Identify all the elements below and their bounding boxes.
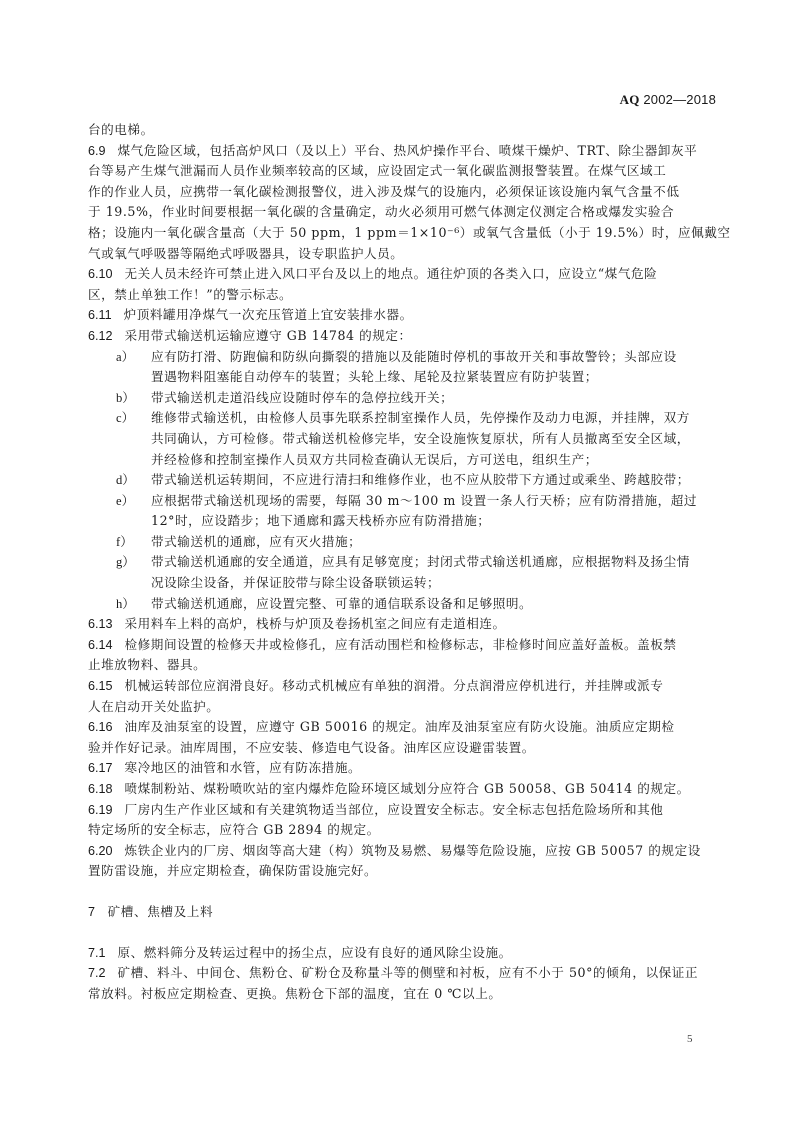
list-item-label: f）: [116, 532, 151, 553]
clause-text: 炉顶料罐用净煤气一次充压管道上宜安装排水器。: [124, 307, 413, 322]
list-item-text: 应有防打滑、防跑偏和防纵向撕裂的措施以及能随时停机的事故开关和事故警铃；头部应设: [151, 349, 677, 364]
list-item-continuation: 况设除尘设备，并保证胶带与除尘设备联锁运转；: [88, 573, 713, 594]
paragraph-continuation: 验并作好记录。油库周围，不应安装、修造电气设备。油库区应设避雷装置。: [88, 738, 713, 759]
paragraph-continuation: 格；设施内一氧化碳含量高（大于 50 ppm，1 ppm＝1×10⁻⁶）或氧气含…: [88, 223, 713, 244]
clause-text: 矿槽、料斗、中间仓、焦粉仓、矿粉仓及称量斗等的侧壁和衬板，应有不小于 50°的倾…: [118, 965, 699, 980]
paragraph-continuation: 区，禁止单独工作！”的警示标志。: [88, 285, 713, 306]
clause-text: 机械运转部位应润滑良好。移动式机械应有单独的润滑。分点润滑应停机进行，并挂牌或派…: [125, 678, 664, 693]
clause-line: 6.17寒冷地区的油管和水管，应有防冻措施。: [88, 758, 713, 779]
document-header: AQ 2002—2018: [620, 92, 716, 108]
clause-line: 6.15机械运转部位应润滑良好。移动式机械应有单独的润滑。分点润滑应停机进行，并…: [88, 676, 713, 697]
clause-number: 6.9: [88, 144, 106, 158]
list-item-text: 带式输送机的通廊，应有灭火措施；: [151, 534, 361, 549]
clause-number: 6.10: [88, 267, 113, 281]
clause-line: 6.9煤气危险区域，包括高炉风口（及以上）平台、热风炉操作平台、喷煤干燥炉、TR…: [88, 141, 713, 162]
clause-number: 6.13: [88, 617, 113, 631]
paragraph-continuation: 台等易产生煤气泄漏而人员作业频率较高的区域，应设固定式一氧化碳监测报警装置。在煤…: [88, 161, 713, 182]
list-item-text: 带式输送机通廊，应设置完整、可靠的通信联系设备和足够照明。: [151, 596, 532, 611]
list-item-text: 维修带式输送机，由检修人员事先联系控制室操作人员，先停操作及动力电源，并挂牌，双…: [151, 410, 690, 425]
clause-number: 7.1: [88, 946, 106, 960]
clause-number: 6.16: [88, 720, 113, 734]
paragraph-continuation: 人在启动开关处监护。: [88, 697, 713, 718]
section-title: 矿槽、焦槽及上料: [108, 904, 214, 919]
paragraph-continuation: 常放料。衬板应定期检查、更换。焦粉仓下部的温度，宜在 0 ℃以上。: [88, 984, 713, 1005]
clause-text: 喷煤制粉站、煤粉喷吹站的室内爆炸危险环境区域划分应符合 GB 50058、GB …: [125, 781, 690, 796]
paragraph-continuation: 气或氧气呼吸器等隔绝式呼吸器具，设专职监护人员。: [88, 244, 713, 265]
clause-line: 6.16油库及油泵室的设置，应遵守 GB 50016 的规定。油库及油泵室应有防…: [88, 717, 713, 738]
clause-text: 炼铁企业内的厂房、烟囱等高大建（构）筑物及易燃、易爆等危险设施，应按 GB 50…: [125, 843, 701, 858]
clause-number: 6.20: [88, 844, 113, 858]
standard-code: AQ: [620, 92, 640, 107]
clause-text: 煤气危险区域，包括高炉风口（及以上）平台、热风炉操作平台、喷煤干燥炉、TRT、除…: [118, 143, 698, 158]
clause-number: 6.17: [88, 761, 113, 775]
section-heading: 7矿槽、焦槽及上料: [88, 902, 713, 923]
paragraph-continuation: 作的作业人员，应携带一氧化碳检测报警仪，进入涉及煤气的设施内，必须保证该设施内氧…: [88, 182, 713, 203]
list-item-label: a）: [116, 347, 151, 368]
list-item: a）应有防打滑、防跑偏和防纵向撕裂的措施以及能随时停机的事故开关和事故警铃；头部…: [88, 347, 713, 368]
list-item: e）应根据带式输送机现场的需要，每隔 30 m～100 m 设置一条人行天桥；应…: [88, 491, 713, 512]
clause-line: 6.12采用带式输送机运输应遵守 GB 14784 的规定：: [88, 326, 713, 347]
section-7-clauses: 7.1原、燃料筛分及转运过程中的扬尘点，应设有良好的通风除尘设施。7.2矿槽、料…: [88, 943, 713, 1005]
clause-text: 原、燃料筛分及转运过程中的扬尘点，应设有良好的通风除尘设施。: [118, 945, 512, 960]
clause-line: 7.1原、燃料筛分及转运过程中的扬尘点，应设有良好的通风除尘设施。: [88, 943, 713, 964]
clause-number: 6.12: [88, 329, 113, 343]
paragraph-continuation: 于 19.5%，作业时间要根据一氧化碳的含量确定，动火必须用可燃气体测定仪测定合…: [88, 202, 713, 223]
paragraph-continuation: 台的电梯。: [88, 120, 713, 141]
clause-text: 采用带式输送机运输应遵守 GB 14784 的规定：: [125, 328, 412, 343]
clause-line: 6.19厂房内生产作业区域和有关建筑物适当部位，应设置安全标志。安全标志包括危险…: [88, 800, 713, 821]
clause-line: 6.10无关人员未经许可禁止进入风口平台及以上的地点。通往炉顶的各类入口，应设立…: [88, 264, 713, 285]
list-item: h）带式输送机通廊，应设置完整、可靠的通信联系设备和足够照明。: [88, 594, 713, 615]
clause-number: 6.19: [88, 803, 113, 817]
list-item-text: 带式输送机运转期间，不应进行清扫和维修作业，也不应从胶带下方通过或乘坐、跨越胶带…: [151, 472, 690, 487]
clause-line: 6.14检修期间设置的检修天井或检修孔，应有活动围栏和检修标志，非检修时间应盖好…: [88, 635, 713, 656]
clause-number: 6.11: [88, 308, 112, 322]
list-item: b）带式输送机走道沿线应设随时停车的急停拉线开关；: [88, 388, 713, 409]
list-item-label: g）: [116, 552, 151, 573]
section-number: 7: [88, 905, 96, 919]
clause-number: 6.18: [88, 782, 113, 796]
clause-text: 油库及油泵室的设置，应遵守 GB 50016 的规定。油库及油泵室应有防火设施。…: [125, 719, 675, 734]
list-item-continuation: 12°时，应设踏步；地下通廊和露天栈桥亦应有防滑措施；: [88, 511, 713, 532]
section-6-clauses: 台的电梯。6.9煤气危险区域，包括高炉风口（及以上）平台、热风炉操作平台、喷煤干…: [88, 120, 713, 882]
list-item: f）带式输送机的通廊，应有灭火措施；: [88, 532, 713, 553]
paragraph-continuation: 止堆放物料、器具。: [88, 655, 713, 676]
clause-line: 7.2矿槽、料斗、中间仓、焦粉仓、矿粉仓及称量斗等的侧壁和衬板，应有不小于 50…: [88, 963, 713, 984]
clause-text: 无关人员未经许可禁止进入风口平台及以上的地点。通往炉顶的各类入口，应设立“煤气危…: [125, 266, 658, 281]
paragraph-continuation: 置防雷设施，并应定期检查，确保防雷设施完好。: [88, 861, 713, 882]
clause-line: 6.13采用料车上料的高炉，栈桥与炉顶及卷扬机室之间应有走道相连。: [88, 614, 713, 635]
paragraph-continuation: 特定场所的安全标志，应符合 GB 2894 的规定。: [88, 820, 713, 841]
clause-text: 厂房内生产作业区域和有关建筑物适当部位，应设置安全标志。安全标志包括危险场所和其…: [125, 802, 664, 817]
clause-number: 6.14: [88, 638, 113, 652]
list-item-label: e）: [116, 491, 151, 512]
clause-number: 6.15: [88, 679, 113, 693]
list-item-continuation: 置遇物料阻塞能自动停车的装置；头轮上缘、尾轮及拉紧装置应有防护装置；: [88, 367, 713, 388]
list-item: c）维修带式输送机，由检修人员事先联系控制室操作人员，先停操作及动力电源，并挂牌…: [88, 408, 713, 429]
document-body: 台的电梯。6.9煤气危险区域，包括高炉风口（及以上）平台、热风炉操作平台、喷煤干…: [88, 120, 713, 1004]
list-item-label: b）: [116, 388, 151, 409]
list-item-text: 应根据带式输送机现场的需要，每隔 30 m～100 m 设置一条人行天桥；应有防…: [151, 493, 697, 508]
list-item: d）带式输送机运转期间，不应进行清扫和维修作业，也不应从胶带下方通过或乘坐、跨越…: [88, 470, 713, 491]
list-item-continuation: 共同确认，方可检修。带式输送机检修完毕，安全设施恢复原状，所有人员撤离至安全区域…: [88, 429, 713, 450]
clause-number: 7.2: [88, 966, 106, 980]
page-number: 5: [687, 1033, 693, 1045]
clause-text: 检修期间设置的检修天井或检修孔，应有活动围栏和检修标志，非检修时间应盖好盖板。盖…: [125, 637, 677, 652]
list-item-label: d）: [116, 470, 151, 491]
clause-text: 寒冷地区的油管和水管，应有防冻措施。: [125, 760, 362, 775]
list-item-label: h）: [116, 594, 151, 615]
list-item-label: c）: [116, 408, 151, 429]
list-item-text: 带式输送机通廊的安全通道，应具有足够宽度；封闭式带式输送机通廊，应根据物料及扬尘…: [151, 554, 690, 569]
list-item-continuation: 并经检修和控制室操作人员双方共同检查确认无误后，方可送电，组织生产；: [88, 450, 713, 471]
list-item-text: 带式输送机走道沿线应设随时停车的急停拉线开关；: [151, 390, 453, 405]
clause-line: 6.11炉顶料罐用净煤气一次充压管道上宜安装排水器。: [88, 305, 713, 326]
list-item: g）带式输送机通廊的安全通道，应具有足够宽度；封闭式带式输送机通廊，应根据物料及…: [88, 552, 713, 573]
clause-line: 6.20炼铁企业内的厂房、烟囱等高大建（构）筑物及易燃、易爆等危险设施，应按 G…: [88, 841, 713, 862]
standard-number: 2002—2018: [643, 92, 716, 107]
clause-line: 6.18喷煤制粉站、煤粉喷吹站的室内爆炸危险环境区域划分应符合 GB 50058…: [88, 779, 713, 800]
clause-text: 采用料车上料的高炉，栈桥与炉顶及卷扬机室之间应有走道相连。: [125, 616, 506, 631]
